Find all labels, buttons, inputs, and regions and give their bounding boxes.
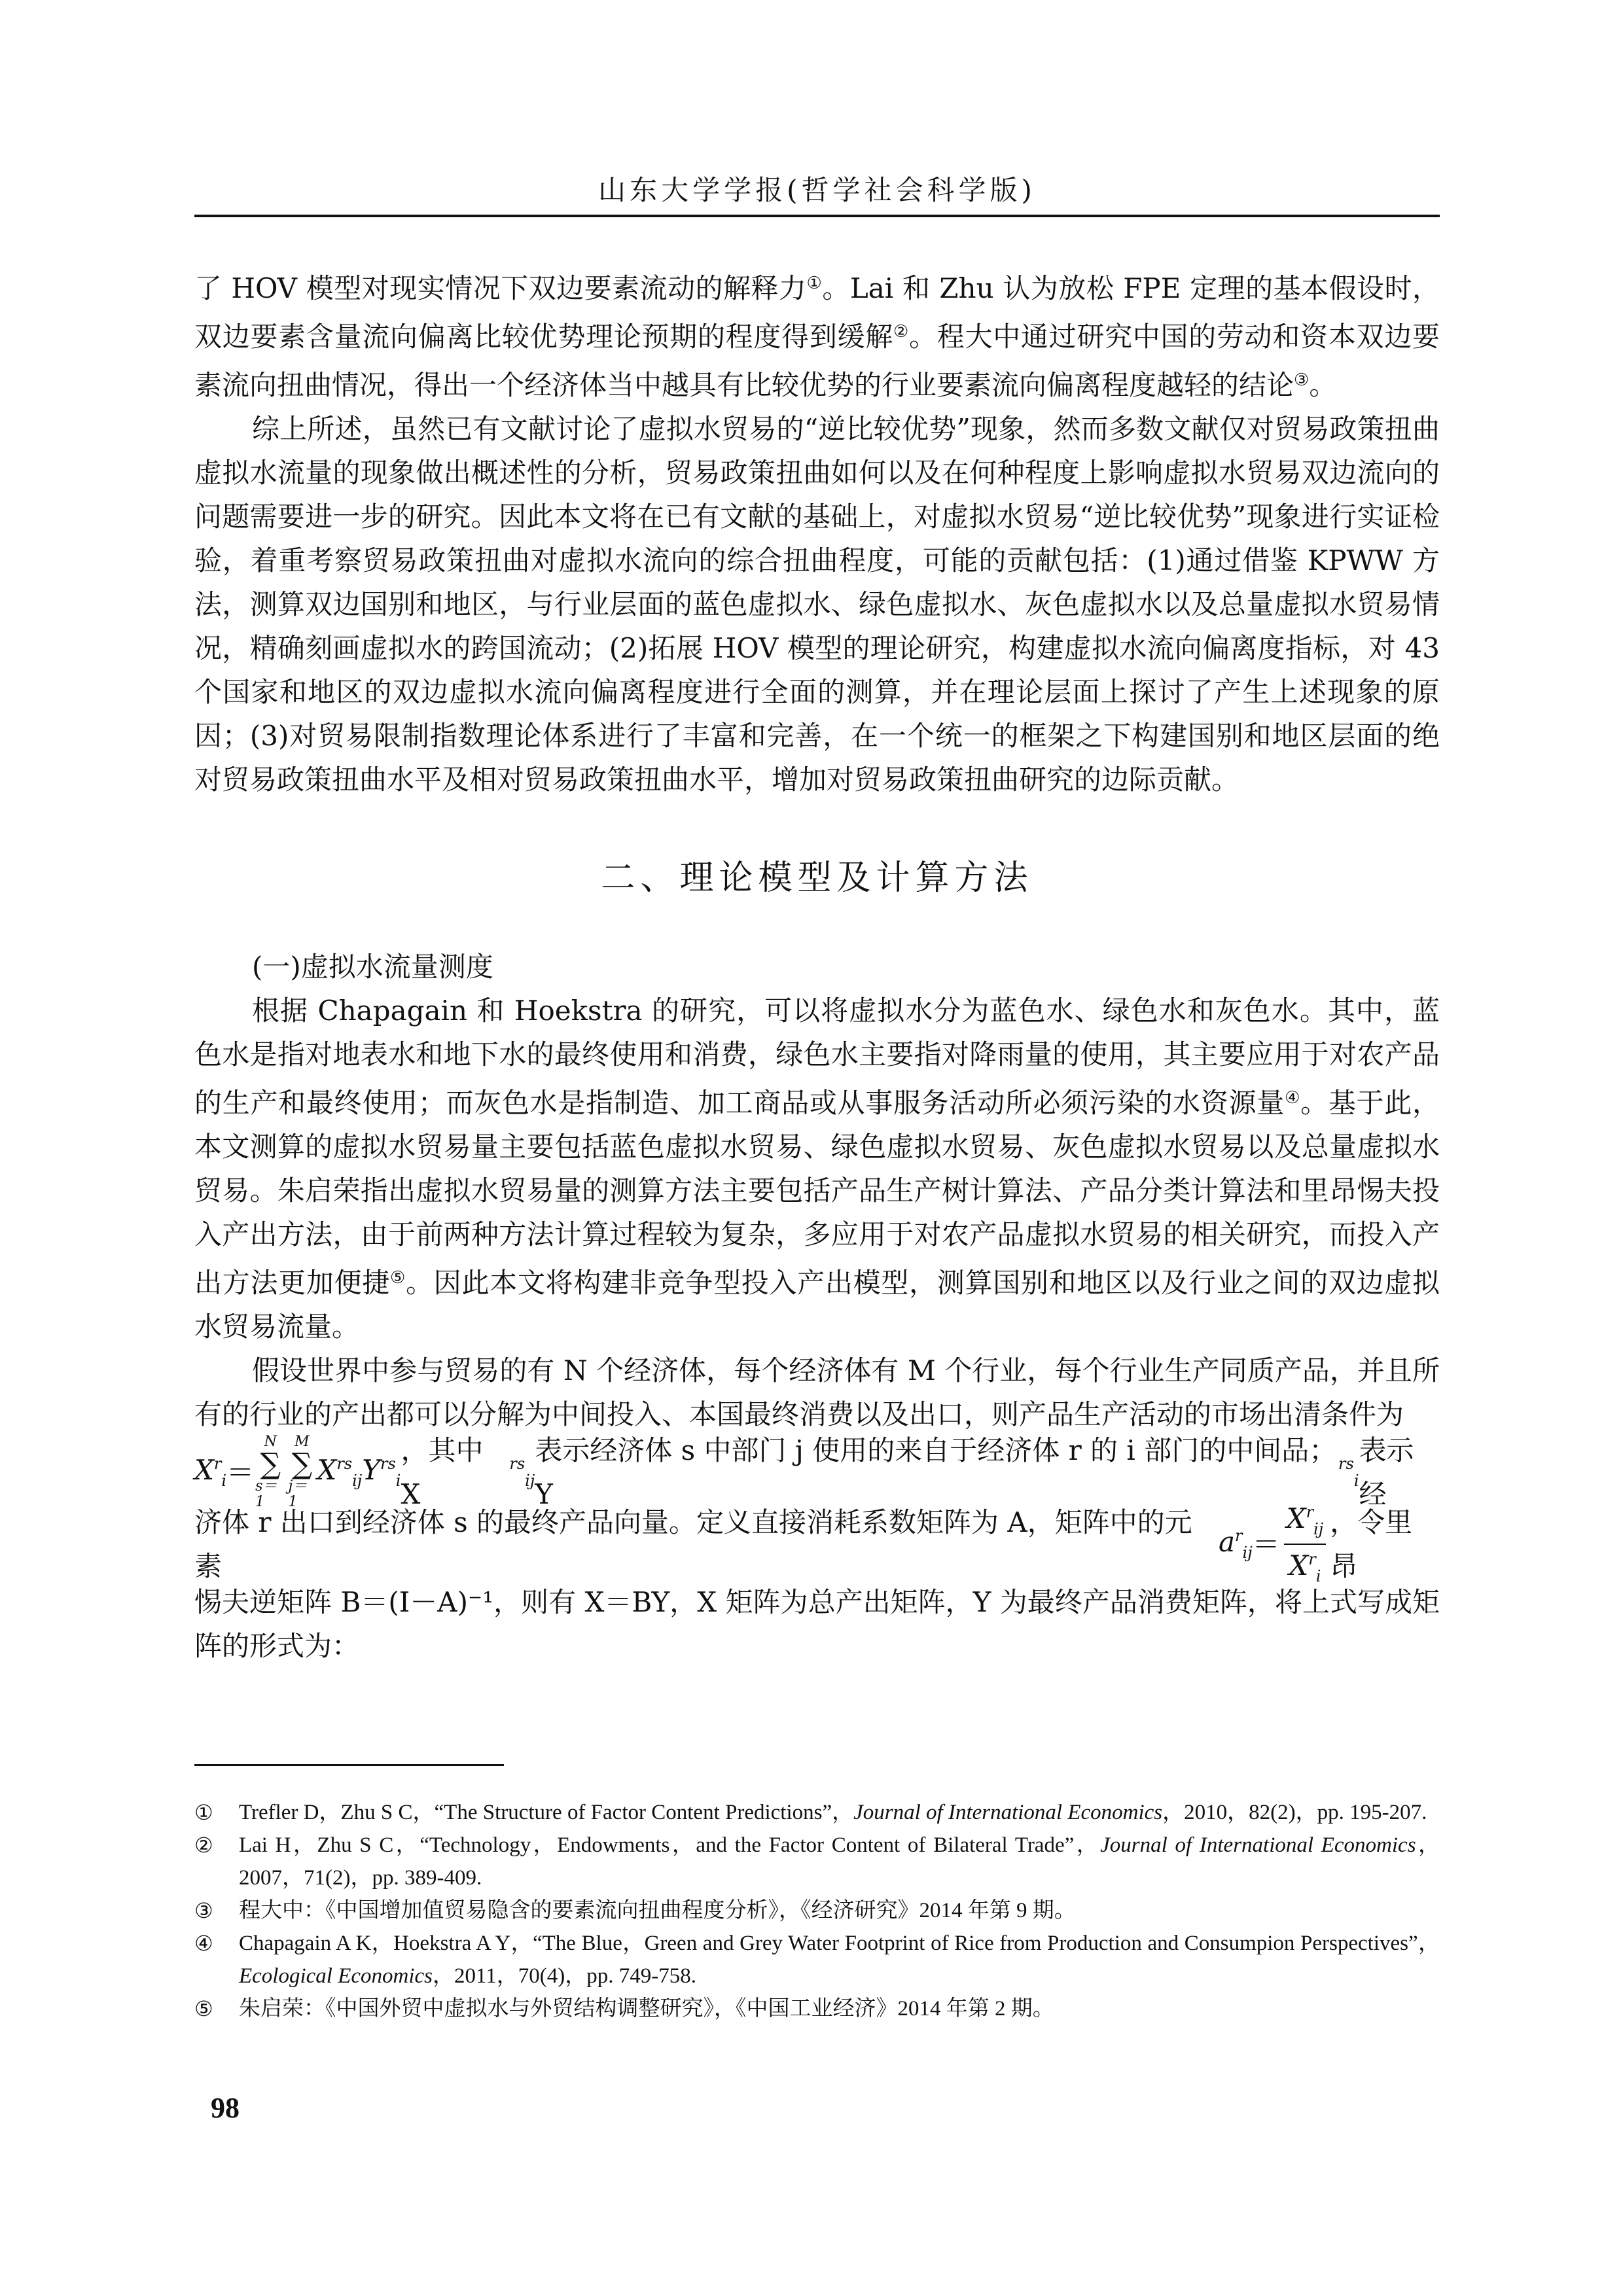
p5-text-start: 济体 r 出口到经济体 s 的最终产品向量。定义直接消耗系数矩阵为 A，矩阵中的… <box>194 1500 1219 1588</box>
footnote-text: 朱启荣：《中国外贸中虚拟水与外贸结构调整研究》，《中国工业经济》2014 年第 … <box>239 1992 1440 2025</box>
footnote-number: ① <box>194 1796 239 1829</box>
sum-over-j: M∑j＝1 <box>288 1434 315 1510</box>
footnote-ref-2[interactable]: ② <box>893 322 909 342</box>
footnote-number: ③ <box>194 1894 239 1927</box>
footnote-text: Lai H，Zhu S C，“Technology，Endowments，and… <box>239 1829 1440 1894</box>
inline-x-rs-ij: rsij <box>509 1442 535 1503</box>
subsection-title: (一)虚拟水流量测度 <box>194 945 1440 989</box>
footnote-4: ④ Chapagain A K，Hoekstra A Y，“The Blue，G… <box>194 1927 1440 1992</box>
formula-lhs: Xri <box>194 1442 226 1503</box>
footnote-number: ② <box>194 1829 239 1894</box>
footnote-text: Trefler D，Zhu S C，“The Structure of Fact… <box>239 1796 1440 1829</box>
p1-text-a: 了 HOV 模型对现实情况下双边要素流动的解释力 <box>194 272 807 304</box>
footnotes: ① Trefler D，Zhu S C，“The Structure of Fa… <box>194 1796 1440 2025</box>
section-title: 二、理论模型及计算方法 <box>194 850 1440 899</box>
footnote-1: ① Trefler D，Zhu S C，“The Structure of Fa… <box>194 1796 1440 1829</box>
fraction-numerator: Xrij <box>1284 1498 1327 1545</box>
footnote-5: ⑤ 朱启荣：《中国外贸中虚拟水与外贸结构调整研究》，《中国工业经济》2014 年… <box>194 1992 1440 2025</box>
footnote-ref-4[interactable]: ④ <box>1285 1088 1300 1108</box>
paragraph-2: 综上所述，虽然已有文献讨论了虚拟水贸易的“逆比较优势”现象，然而多数文献仅对贸易… <box>194 407 1440 802</box>
coef-equals: ＝ <box>1253 1523 1280 1566</box>
header-divider <box>194 215 1440 217</box>
p5-text-end: ，令里昂 <box>1330 1500 1440 1588</box>
article-body: 了 HOV 模型对现实情况下双边要素流动的解释力①。Lai 和 Zhu 认为放松… <box>194 262 1440 1668</box>
footnote-number: ④ <box>194 1927 239 1992</box>
footnote-2: ② Lai H，Zhu S C，“Technology，Endowments，a… <box>194 1829 1440 1894</box>
sum-over-s: N∑s＝1 <box>255 1434 285 1510</box>
footnote-number: ⑤ <box>194 1992 239 2025</box>
footnote-divider <box>194 1764 504 1766</box>
footnote-ref-3[interactable]: ③ <box>1294 370 1309 390</box>
footnote-ref-1[interactable]: ① <box>807 274 823 293</box>
formula-equals: ＝ <box>226 1451 254 1494</box>
paragraph-4: 假设世界中参与贸易的有 N 个经济体，每个经济体有 M 个行业，每个行业生产同质… <box>194 1349 1440 1436</box>
paragraph-6: 惕夫逆矩阵 B＝(I－A)⁻¹，则有 X＝BY，X 矩阵为总产出矩阵，Y 为最终… <box>194 1580 1440 1668</box>
inline-y-rs-i: rsi <box>1338 1442 1359 1503</box>
coefficient-formula-line: 济体 r 出口到经济体 s 的最终产品向量。定义直接消耗系数矩阵为 A，矩阵中的… <box>194 1508 1440 1580</box>
footnote-ref-5[interactable]: ⑤ <box>390 1268 406 1288</box>
paragraph-1: 了 HOV 模型对现实情况下双边要素流动的解释力①。Lai 和 Zhu 认为放松… <box>194 262 1440 407</box>
p3-text-a: 根据 Chapagain 和 Hoekstra 的研究，可以将虚拟水分为蓝色水、… <box>194 995 1440 1119</box>
paragraph-3: 根据 Chapagain 和 Hoekstra 的研究，可以将虚拟水分为蓝色水、… <box>194 989 1440 1349</box>
page-number: 98 <box>211 2091 240 2125</box>
p1-text-d: 。 <box>1309 369 1336 401</box>
market-clearing-formula-line: Xri ＝ N∑s＝1 M∑j＝1 Xrsij Yrsi ，其中 X rsij … <box>194 1436 1440 1508</box>
formula-term-x: Xrsij <box>317 1442 362 1503</box>
footnote-text: 程大中：《中国增加值贸易隐含的要素流向扭曲程度分析》，《经济研究》2014 年第… <box>239 1894 1440 1927</box>
footnote-3: ③ 程大中：《中国增加值贸易隐含的要素流向扭曲程度分析》，《经济研究》2014 … <box>194 1894 1440 1927</box>
formula-term-y: Yrsi <box>362 1442 401 1503</box>
journal-running-header: 山东大学学报(哲学社会科学版) <box>194 169 1440 208</box>
coefficient-fraction: Xrij Xri <box>1284 1498 1327 1591</box>
coefficient-a: arij <box>1219 1514 1253 1575</box>
footnote-text: Chapagain A K，Hoekstra A Y，“The Blue，Gre… <box>239 1927 1440 1992</box>
